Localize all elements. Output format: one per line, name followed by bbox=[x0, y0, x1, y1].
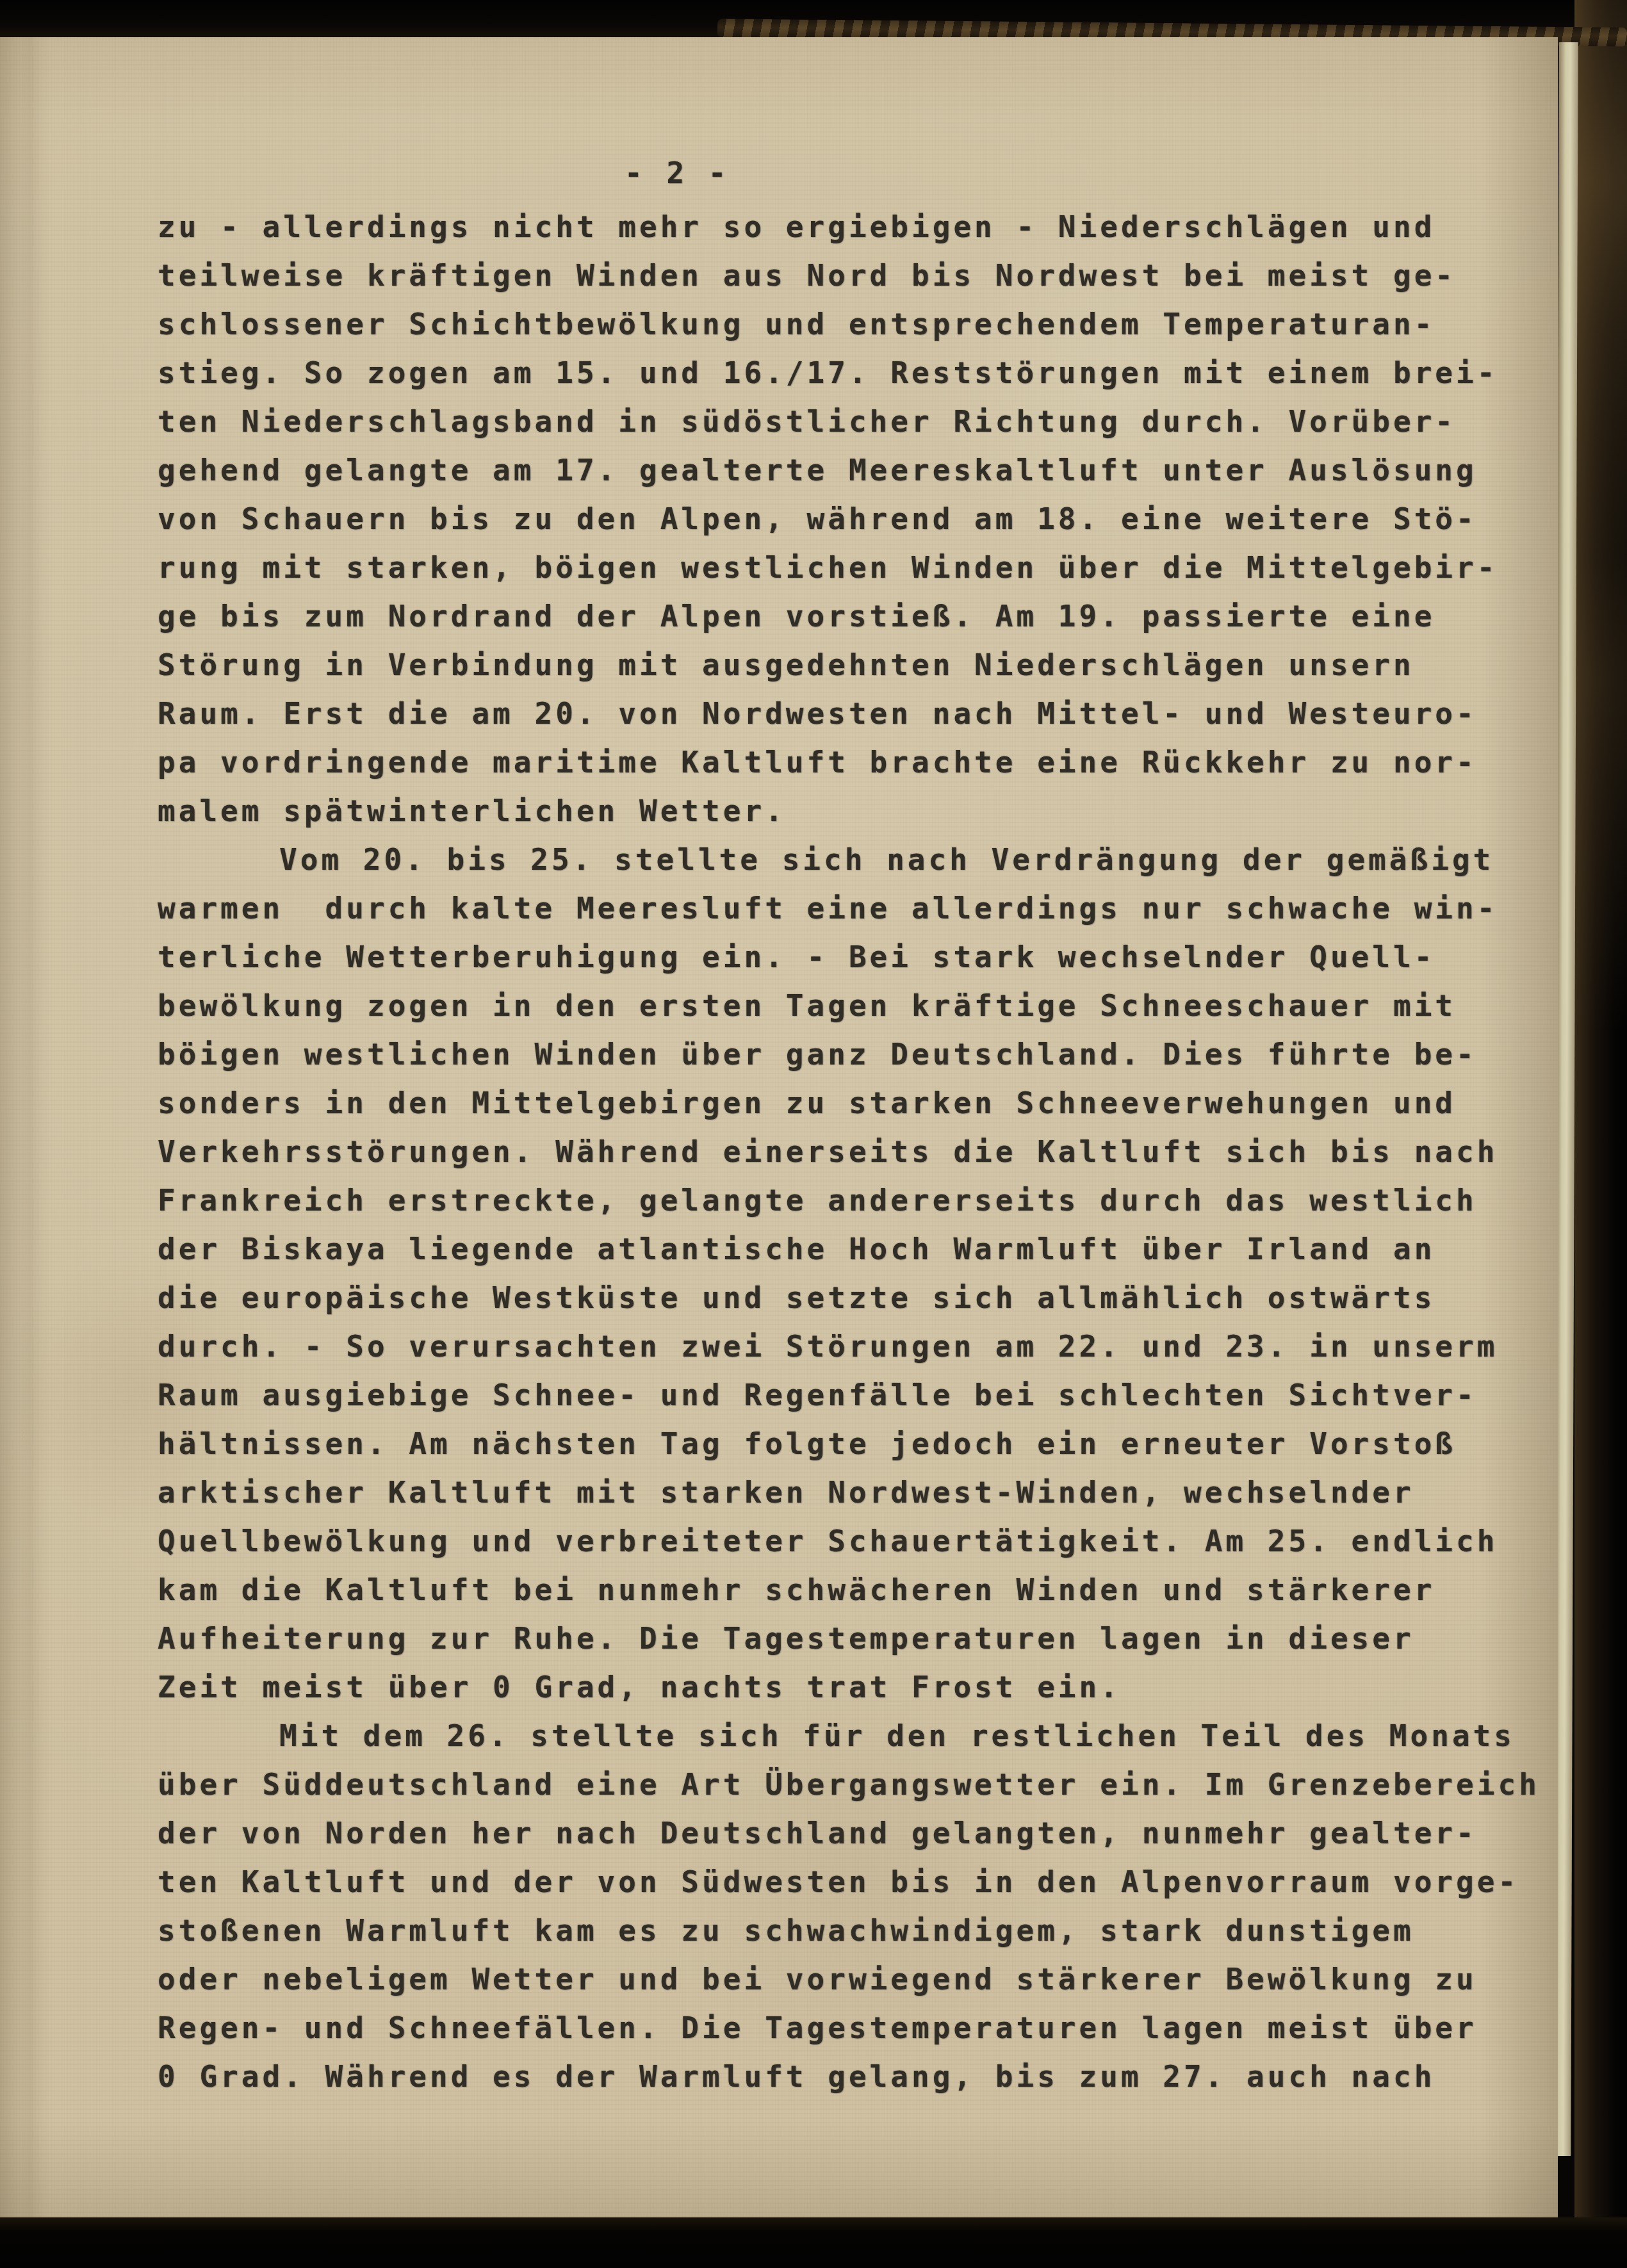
text-line: der Biskaya liegende atlantische Hoch Wa… bbox=[158, 1225, 1541, 1273]
text-line: terliche Wetterberuhigung ein. - Bei sta… bbox=[158, 933, 1541, 981]
text-line: warmen durch kalte Meeresluft eine aller… bbox=[158, 884, 1541, 933]
scanned-document-page: - 2 - zu - allerdings nicht mehr so ergi… bbox=[0, 0, 1627, 2268]
text-line: Raum ausgiebige Schnee- und Regenfälle b… bbox=[158, 1371, 1541, 1419]
text-line: Störung in Verbindung mit ausgedehnten N… bbox=[158, 640, 1541, 689]
text-line: 0 Grad. Während es der Warmluft gelang, … bbox=[158, 2052, 1541, 2101]
text-line: Verkehrsstörungen. Während einerseits di… bbox=[158, 1127, 1541, 1176]
text-line: rung mit starken, böigen westlichen Wind… bbox=[158, 543, 1541, 592]
text-line: kam die Kaltluft bei nunmehr schwächeren… bbox=[158, 1565, 1541, 1614]
text-line: Quellbewölkung und verbreiteter Schauert… bbox=[158, 1517, 1541, 1565]
text-line: pa vordringende maritime Kaltluft bracht… bbox=[158, 738, 1541, 787]
text-line: teilweise kräftigen Winden aus Nord bis … bbox=[158, 251, 1541, 300]
text-line: Regen- und Schneefällen. Die Tagestemper… bbox=[158, 2003, 1541, 2052]
text-line: bewölkung zogen in den ersten Tagen kräf… bbox=[158, 981, 1541, 1030]
text-line: gehend gelangte am 17. gealterte Meeresk… bbox=[158, 446, 1541, 494]
text-line: schlossener Schichtbewölkung und entspre… bbox=[158, 300, 1541, 348]
text-line: von Schauern bis zu den Alpen, während a… bbox=[158, 494, 1541, 543]
book-cover-edge-right bbox=[1574, 0, 1627, 2268]
text-line: ten Kaltluft und der von Südwesten bis i… bbox=[158, 1857, 1541, 1906]
text-line: hältnissen. Am nächsten Tag folgte jedoc… bbox=[158, 1419, 1541, 1468]
body-text: zu - allerdings nicht mehr so ergiebigen… bbox=[158, 202, 1541, 2101]
text-line: zu - allerdings nicht mehr so ergiebigen… bbox=[158, 202, 1541, 251]
text-line: Vom 20. bis 25. stellte sich nach Verdrä… bbox=[158, 835, 1541, 884]
text-line: oder nebeligem Wetter und bei vorwiegend… bbox=[158, 1955, 1541, 2003]
text-line: Raum. Erst die am 20. von Nordwesten nac… bbox=[158, 689, 1541, 738]
paper-sheet: - 2 - zu - allerdings nicht mehr so ergi… bbox=[0, 37, 1558, 2217]
text-line: böigen westlichen Winden über ganz Deuts… bbox=[158, 1030, 1541, 1079]
scan-background-bottom bbox=[0, 2217, 1627, 2268]
text-line: die europäische Westküste und setzte sic… bbox=[158, 1273, 1541, 1322]
text-line: malem spätwinterlichen Wetter. bbox=[158, 787, 1541, 835]
text-line: stoßenen Warmluft kam es zu schwachwindi… bbox=[158, 1906, 1541, 1955]
text-line: Zeit meist über 0 Grad, nachts trat Fros… bbox=[158, 1663, 1541, 1711]
text-line: durch. - So verursachten zwei Störungen … bbox=[158, 1322, 1541, 1371]
text-line: Mit dem 26. stellte sich für den restlic… bbox=[158, 1711, 1541, 1760]
text-line: über Süddeutschland eine Art Übergangswe… bbox=[158, 1760, 1541, 1809]
text-line: sonders in den Mittelgebirgen zu starken… bbox=[158, 1079, 1541, 1127]
text-line: ge bis zum Nordrand der Alpen vorstieß. … bbox=[158, 592, 1541, 640]
text-line: arktischer Kaltluft mit starken Nordwest… bbox=[158, 1468, 1541, 1517]
text-line: der von Norden her nach Deutschland gela… bbox=[158, 1809, 1541, 1857]
text-line: Aufheiterung zur Ruhe. Die Tagestemperat… bbox=[158, 1614, 1541, 1663]
text-line: Frankreich erstreckte, gelangte anderers… bbox=[158, 1176, 1541, 1225]
text-line: ten Niederschlagsband in südöstlicher Ri… bbox=[158, 397, 1541, 446]
text-line: stieg. So zogen am 15. und 16./17. Rests… bbox=[158, 348, 1541, 397]
page-number: - 2 - bbox=[625, 149, 729, 197]
